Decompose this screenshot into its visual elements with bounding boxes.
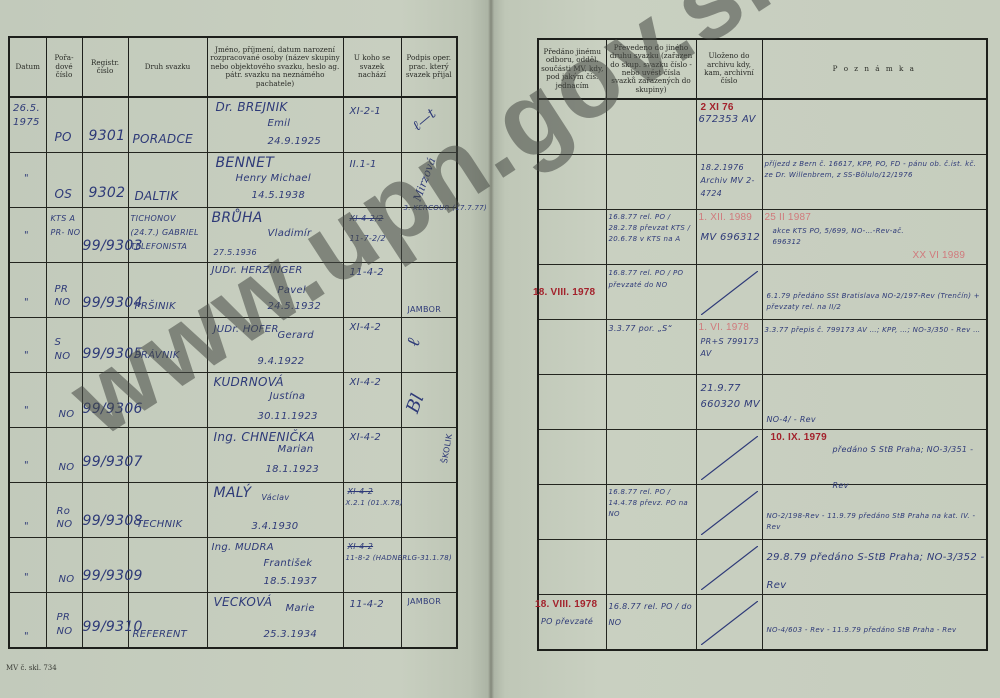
cell-jmeno: VECKOVÁ Marie 25.3.1934 [207, 593, 343, 649]
cell-podpis: ℓ [401, 318, 457, 373]
cell-predano: 18. VIII. 1978 [538, 265, 606, 320]
header-prevedeno: Převedeno do jiného druhu svazku (zařaze… [606, 39, 696, 99]
table-row: " OS 9302 DALTIK BENNET Henry Michael 14… [9, 153, 457, 208]
cell-ulozeno [696, 265, 762, 320]
transfer-stamp: 18. VIII. 1978 [535, 599, 597, 610]
cell-ulozeno: 18.2.1976 Archiv MV 2-4724 [696, 155, 762, 210]
cell-datum: " [9, 538, 46, 593]
cell-u-koho: XI-4-2 [343, 373, 401, 428]
right-ledger-table: Předáno jinému odboru, odděl. součásti M… [537, 38, 988, 651]
cell-druh: PRŠINIK [128, 263, 207, 318]
cell-ulozeno [696, 540, 762, 595]
signature: ℓ [402, 336, 424, 349]
date-stamp: 10. IX. 1979 [771, 432, 827, 443]
cell-prevedeno: 16.8.77 rel. PO / do NO [606, 595, 696, 651]
cell-podpis: ℓ—t [401, 97, 457, 153]
table-row: 18. VIII. 1978 16.8.77 rel. PO / PO přev… [538, 265, 987, 320]
header-druh-svazku: Druh svazku [128, 37, 207, 97]
cancel-diagonal [701, 491, 758, 535]
book-gutter [488, 0, 494, 698]
header-predano: Předáno jinému odboru, odděl. součásti M… [538, 39, 606, 99]
cell-jmeno: Dr. BREJNIK Emil 24.9.1925 [207, 97, 343, 153]
cell-datum: " [9, 373, 46, 428]
header-poradove-cislo: Pořa-dové číslo [46, 37, 82, 97]
cell-prevedeno: 16.8.77 rel. PO / 14.4.78 převz. PO na N… [606, 485, 696, 540]
cell-poradove: KTS A PR- NO [46, 208, 82, 263]
cell-podpis [401, 538, 457, 593]
header-ulozeno: Uloženo do archivu kdy, kam, archivní čí… [696, 39, 762, 99]
table-row: 29.8.79 předáno S-StB Praha; NO-3/352 - … [538, 540, 987, 595]
cell-predano [538, 155, 606, 210]
cell-datum: 26.5. 1975 [9, 97, 46, 153]
cell-druh [128, 538, 207, 593]
cell-prevedeno [606, 155, 696, 210]
cell-prevedeno [606, 99, 696, 155]
table-row: " PR NO 99/9310 REFERENT VECKOVÁ Marie 2… [9, 593, 457, 649]
cell-poznamka: 29.8.79 předáno S-StB Praha; NO-3/352 - … [762, 540, 987, 595]
cell-ulozeno [696, 430, 762, 485]
header-poznamka: P o z n á m k a [762, 39, 987, 99]
cell-prevedeno: 16.8.77 rel. PO / PO převzaté do NO [606, 265, 696, 320]
cell-poznamka: NO-4/603 - Rev - 11.9.79 předáno StB Pra… [762, 595, 987, 651]
table-row: 3.3.77 por. „S“ 1. VI. 1978 PR+S 799173 … [538, 320, 987, 375]
cell-u-koho: II.1-1 [343, 153, 401, 208]
cell-poradove: S NO [46, 318, 82, 373]
cell-u-koho: XI-2-1 [343, 97, 401, 153]
cell-predano [538, 485, 606, 540]
cell-jmeno: JUDr. HOFER Gerard 9.4.1922 [207, 318, 343, 373]
table-row: 16.8.77 rel. PO / 28.2.78 převzat KTS / … [538, 210, 987, 265]
cell-druh: TECHNIK [128, 483, 207, 538]
table-row: 16.8.77 rel. PO / 14.4.78 převz. PO na N… [538, 485, 987, 540]
cell-registr: 9302 [82, 153, 128, 208]
table-row: 10. IX. 1979 předáno S StB Praha; NO-3/3… [538, 430, 987, 485]
cell-prevedeno [606, 430, 696, 485]
cell-registr: 99/9304 [82, 263, 128, 318]
cell-registr: 99/9307 [82, 428, 128, 483]
cell-poznamka: příjezd z Bern č. 16617, KPP, PO, FD - p… [762, 155, 987, 210]
cell-jmeno: MALÝ Václav 3.4.1930 [207, 483, 343, 538]
cell-u-koho: XI-4-2 X.2.1 (01.X.78) [343, 483, 401, 538]
date-stamp: 25 II 1987 [765, 212, 811, 223]
cell-datum: " [9, 428, 46, 483]
cell-podpis: Bl [401, 373, 457, 428]
cell-poradove: PR NO [46, 593, 82, 649]
cell-predano [538, 99, 606, 155]
cell-registr: 99/9305 [82, 318, 128, 373]
table-row: 2 XI 76 672353 AV [538, 99, 987, 155]
cell-prevedeno: 3.3.77 por. „S“ [606, 320, 696, 375]
cell-jmeno: BENNET Henry Michael 14.5.1938 [207, 153, 343, 208]
left-ledger-table: Datum Pořa-dové číslo Registr. číslo Dru… [8, 36, 458, 649]
cancel-diagonal [701, 271, 758, 315]
cell-datum: " [9, 263, 46, 318]
cell-datum: " [9, 318, 46, 373]
header-jmeno: Jméno, příjmení, datum narození rozpraco… [207, 37, 343, 97]
signature: ℓ—t [409, 106, 439, 135]
cell-druh: TICHONOV (24.7.) GABRIEL TELEFONISTA [128, 208, 207, 263]
cell-datum: " [9, 593, 46, 649]
table-row: " Ro NO 99/9308 TECHNIK MALÝ Václav 3.4.… [9, 483, 457, 538]
cell-poznamka: 6.1.79 předáno SSt Bratislava NO-2/197-R… [762, 265, 987, 320]
cell-ulozeno: 21.9.77 660320 MV [696, 375, 762, 430]
cell-predano [538, 375, 606, 430]
left-header-row: Datum Pořa-dové číslo Registr. číslo Dru… [9, 37, 457, 97]
table-row: " S NO 99/9305 PRÁVNIK JUDr. HOFER Gerar… [9, 318, 457, 373]
cell-poradove: PR NO [46, 263, 82, 318]
cancel-diagonal [701, 436, 758, 480]
cell-u-koho: XI-4-2/2 11-7-2/2 [343, 208, 401, 263]
ledger-spread: Datum Pořa-dové číslo Registr. číslo Dru… [0, 0, 1000, 698]
cell-registr: 99/9306 [82, 373, 128, 428]
cell-poznamka [762, 99, 987, 155]
cell-druh: PRÁVNIK [128, 318, 207, 373]
cell-datum: " [9, 153, 46, 208]
cell-druh [128, 373, 207, 428]
cell-registr: 99/9303 [82, 208, 128, 263]
archive-stamp: 1. VI. 1978 [699, 322, 750, 333]
header-podpis: Podpis oper. prac. který svazek přijal [401, 37, 457, 97]
cell-predano [538, 430, 606, 485]
cell-prevedeno: 16.8.77 rel. PO / 28.2.78 převzat KTS / … [606, 210, 696, 265]
form-number: MV č. skl. 734 [6, 664, 57, 672]
cell-poznamka: NO-2/198-Rev - 11.9.79 předáno StB Praha… [762, 485, 987, 540]
cell-poradove: Ro NO [46, 483, 82, 538]
cell-ulozeno: 1. VI. 1978 PR+S 799173 AV [696, 320, 762, 375]
cell-poradove: OS [46, 153, 82, 208]
right-page: Předáno jinému odboru, odděl. součásti M… [537, 38, 986, 651]
cell-jmeno: BRŮHA Vladimír 27.5.1936 [207, 208, 343, 263]
cell-registr: 99/9308 [82, 483, 128, 538]
cell-predano [538, 540, 606, 595]
cancel-diagonal [701, 601, 758, 645]
cell-ulozeno [696, 485, 762, 540]
table-row: 21.9.77 660320 MV NO-4/ - Rev [538, 375, 987, 430]
signature: Mirzová [410, 156, 438, 203]
cell-registr: 9301 [82, 97, 128, 153]
right-header-row: Předáno jinému odboru, odděl. součásti M… [538, 39, 987, 99]
cell-predano [538, 210, 606, 265]
cell-poznamka: 25 II 1987 akce KTS PO, 5/699, NO-…-Rev-… [762, 210, 987, 265]
cell-poradove: NO [46, 428, 82, 483]
cell-poradove: NO [46, 538, 82, 593]
cell-podpis: JAMBOR [401, 263, 457, 318]
cell-podpis: ŠKOLIK [401, 428, 457, 483]
cell-jmeno: JUDr. HERZINGER Pavel 24.5.1932 [207, 263, 343, 318]
cancel-diagonal [701, 546, 758, 590]
cell-u-koho: XI-4-2 11-8-2 (HADNERLG-31.1.78) [343, 538, 401, 593]
cell-jmeno: KUDRNOVÁ Justína 30.11.1923 [207, 373, 343, 428]
cell-druh: REFERENT [128, 593, 207, 649]
archive-stamp: 2 XI 76 [701, 102, 734, 113]
cell-u-koho: 11-4-2 [343, 263, 401, 318]
cell-jmeno: Ing. CHNENIČKA Marian 18.1.1923 [207, 428, 343, 483]
cell-poradove: PO [46, 97, 82, 153]
cell-registr: 99/9310 [82, 593, 128, 649]
table-row: " NO 99/9307 Ing. CHNENIČKA Marian 18.1.… [9, 428, 457, 483]
header-datum: Datum [9, 37, 46, 97]
cell-ulozeno [696, 595, 762, 651]
cell-poznamka: NO-4/ - Rev [762, 375, 987, 430]
cell-registr: 99/9309 [82, 538, 128, 593]
cell-ulozeno: 1. XII. 1989 MV 696312 [696, 210, 762, 265]
cell-poznamka: 3.3.77 přepis č. 799173 AV …; KPP, …; NO… [762, 320, 987, 375]
cell-jmeno: Ing. MUDRA František 18.5.1937 [207, 538, 343, 593]
cell-podpis: JAMBOR [401, 593, 457, 649]
cell-datum: " [9, 483, 46, 538]
table-row: 26.5. 1975 PO 9301 PORADCE Dr. BREJNIK E… [9, 97, 457, 153]
archive-stamp: 1. XII. 1989 [699, 212, 753, 223]
cell-prevedeno [606, 375, 696, 430]
cell-podpis: Mirzová [401, 153, 457, 208]
cell-podpis [401, 483, 457, 538]
table-row: " NO 99/9306 KUDRNOVÁ Justína 30.11.1923… [9, 373, 457, 428]
left-page: Datum Pořa-dové číslo Registr. číslo Dru… [8, 36, 456, 649]
transfer-stamp: 18. VIII. 1978 [533, 287, 595, 298]
cell-u-koho: XI-4-2 [343, 428, 401, 483]
cell-prevedeno [606, 540, 696, 595]
table-row: " PR NO 99/9304 PRŠINIK JUDr. HERZINGER … [9, 263, 457, 318]
header-registr-cislo: Registr. číslo [82, 37, 128, 97]
header-u-koho: U koho se svazek nachází [343, 37, 401, 97]
table-row: 18. VIII. 1978 PO převzaté 16.8.77 rel. … [538, 595, 987, 651]
cell-u-koho: XI-4-2 [343, 318, 401, 373]
cell-poznamka: 10. IX. 1979 předáno S StB Praha; NO-3/3… [762, 430, 987, 485]
cell-u-koho: 11-4-2 [343, 593, 401, 649]
table-row: 18.2.1976 Archiv MV 2-4724 příjezd z Ber… [538, 155, 987, 210]
cell-poradove: NO [46, 373, 82, 428]
cell-ulozeno: 2 XI 76 672353 AV [696, 99, 762, 155]
date-stamp: XX VI 1989 [913, 250, 966, 261]
cell-podpis: 3. KERCOUR (17.7.77) [401, 208, 457, 263]
cell-druh [128, 428, 207, 483]
cell-predano [538, 320, 606, 375]
cell-druh: PORADCE [128, 97, 207, 153]
cell-druh: DALTIK [128, 153, 207, 208]
table-row: " NO 99/9309 Ing. MUDRA František 18.5.1… [9, 538, 457, 593]
cell-datum: " [9, 208, 46, 263]
table-row: " KTS A PR- NO 99/9303 TICHONOV (24.7.) … [9, 208, 457, 263]
cell-predano: 18. VIII. 1978 PO převzaté [538, 595, 606, 651]
signature: Bl [402, 391, 428, 416]
